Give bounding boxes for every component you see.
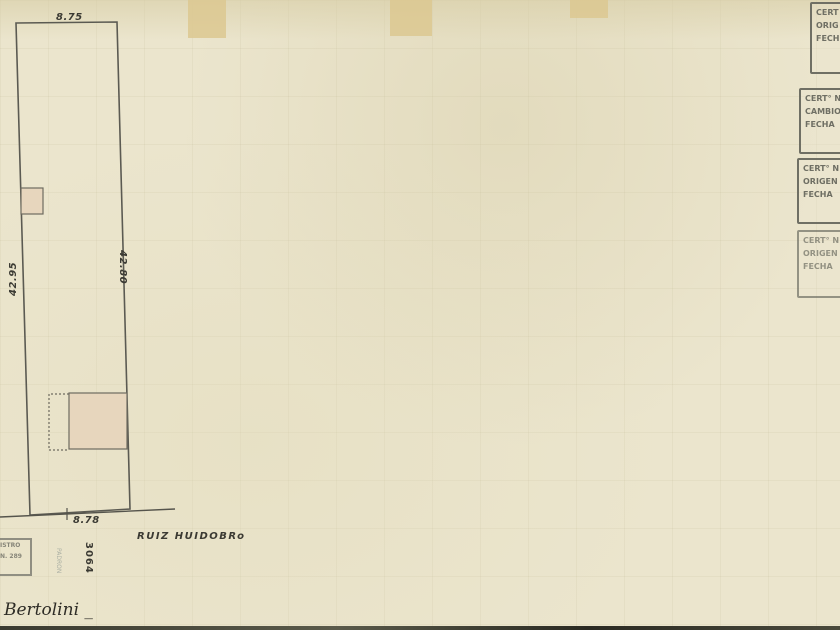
cadastral-number: 3064 <box>83 542 94 574</box>
stamp-line: CAMBIO <box>805 105 840 118</box>
stamp-line: ORIGEN <box>803 247 840 260</box>
scan-bottom-edge <box>0 626 840 630</box>
stamp-line: FECH <box>816 32 840 45</box>
stamp-line: ORIGEN <box>803 175 840 188</box>
front-width-label: 8.78 <box>73 515 100 526</box>
top-width-label: 8.75 <box>56 12 83 23</box>
certificate-stamp-4: CERT° N ORIGEN FECHA <box>797 230 840 298</box>
stamp-line: FECHA <box>803 188 840 201</box>
small-structure <box>21 188 43 214</box>
certificate-stamp-2: CERT° N CAMBIO FECHA <box>799 88 840 154</box>
right-side-label: 42.80 <box>117 250 128 284</box>
registry-stamp-small: ISTRO N. 289 <box>0 538 32 576</box>
plot-plan-drawing <box>0 0 840 630</box>
stamp-line: CERT° N <box>803 162 840 175</box>
stamp-line: FECHA <box>805 118 840 131</box>
registry-stamp-line: N. 289 <box>0 551 30 562</box>
cadastral-faint-label: PADRON <box>55 548 62 573</box>
stamp-line: CERT <box>816 6 840 19</box>
street-name-label: RUIZ HUIDOBRo <box>137 531 245 542</box>
main-structure <box>69 393 127 449</box>
left-side-label: 42.95 <box>8 262 19 296</box>
registry-stamp-line: ISTRO <box>0 540 30 551</box>
stamp-line: ORIG <box>816 19 840 32</box>
signature: Bertolini _ <box>4 600 93 620</box>
annex-dotted-outline <box>49 394 69 450</box>
stamp-line: FECHA <box>803 260 840 273</box>
certificate-stamp-3: CERT° N ORIGEN FECHA <box>797 158 840 224</box>
stamp-line: CERT° N <box>805 92 840 105</box>
stamp-line: CERT° N <box>803 234 840 247</box>
certificate-stamp-1: CERT ORIG FECH <box>810 2 840 74</box>
